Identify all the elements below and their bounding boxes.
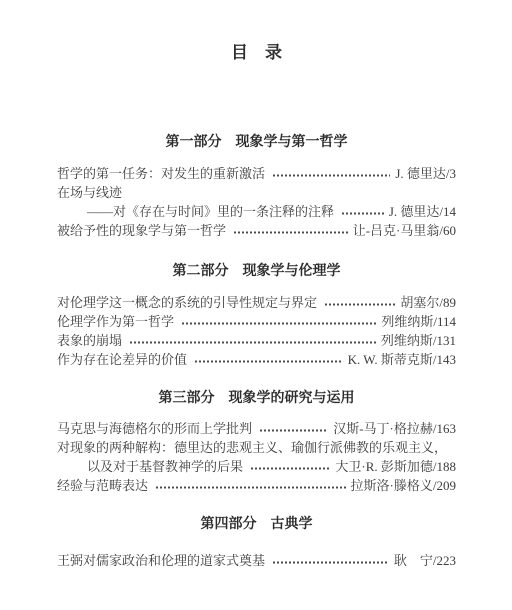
toc-entry: 对伦理学这一概念的系统的引导性规定与界定 胡塞尔/89 [57,293,456,312]
entry-subtitle: ——对《存在与时间》里的一条注释的注释 [87,202,334,221]
entry-author-page: 耿 宁/223 [394,551,456,570]
dot-leader [181,317,376,330]
entry-title: 对伦理学这一概念的系统的引导性规定与界定 [57,293,317,312]
entry-author-page: 大卫·R. 彭斯加德/188 [335,457,456,476]
entry-title: 经验与范畴表达 [57,476,148,495]
toc-entry: 对现象的两种解构：德里达的悲观主义、瑜伽行派佛教的乐观主义， [57,438,456,457]
part-4-heading: 第四部分 古典学 [57,513,456,533]
dot-leader [194,355,343,368]
entry-author-page: 让-吕克·马里翁/60 [353,221,456,240]
page-title: 目 录 [57,38,456,63]
dot-leader [272,556,389,569]
entry-title: 被给予性的现象学与第一哲学 [57,221,226,240]
toc-entry: ——对《存在与时间》里的一条注释的注释 J. 德里达/14 [57,202,456,221]
part-3-heading: 第三部分 现象学的研究与运用 [57,387,456,407]
entry-title: 对现象的两种解构：德里达的悲观主义、瑜伽行派佛教的乐观主义， [57,438,447,457]
toc-part-1: 第一部分 现象学与第一哲学 哲学的第一任务：对发生的重新激活 J. 德里达/3 … [57,131,456,240]
entry-title: 马克思与海德格尔的形而上学批判 [57,419,252,438]
dot-leader [259,424,328,437]
entry-author-page: 拉斯洛·滕格义/209 [351,476,456,495]
entry-title: 表象的崩塌 [57,331,122,350]
toc-part-4: 第四部分 古典学 王弼对儒家政治和伦理的道家式奠基 耿 宁/223 [57,513,456,570]
entry-author-page: J. 德里达/3 [395,164,456,183]
toc-entry: 经验与范畴表达 拉斯洛·滕格义/209 [57,476,456,495]
entry-author-page: 胡塞尔/89 [400,293,456,312]
entry-author-page: 列维纳斯/114 [381,312,456,331]
entry-title: 王弼对儒家政治和伦理的道家式奠基 [57,551,265,570]
toc-page: 目 录 第一部分 现象学与第一哲学 哲学的第一任务：对发生的重新激活 J. 德里… [0,0,512,610]
entry-title: 在场与线迹 [57,183,122,202]
dot-leader [341,207,384,220]
toc-entry: 王弼对儒家政治和伦理的道家式奠基 耿 宁/223 [57,551,456,570]
entry-title: 伦理学作为第一哲学 [57,312,174,331]
part-1-heading: 第一部分 现象学与第一哲学 [57,131,456,151]
toc-entry: 作为存在论差异的价值 K. W. 斯蒂克斯/143 [57,350,456,369]
toc-entry: 以及对于基督教神学的后果 大卫·R. 彭斯加德/188 [57,457,456,476]
entry-title: 作为存在论差异的价值 [57,350,187,369]
dot-leader [272,169,390,182]
dot-leader [155,481,346,494]
toc-part-3: 第三部分 现象学的研究与运用 马克思与海德格尔的形而上学批判 汉斯-马丁·格拉赫… [57,387,456,495]
dot-leader [233,226,348,239]
dot-leader [324,298,395,311]
entry-author-page: 汉斯-马丁·格拉赫/163 [333,419,456,438]
toc-entry: 伦理学作为第一哲学 列维纳斯/114 [57,312,456,331]
dot-leader [250,462,330,475]
toc-entry: 哲学的第一任务：对发生的重新激活 J. 德里达/3 [57,164,456,183]
entry-author-page: K. W. 斯蒂克斯/143 [348,350,456,369]
toc-entry: 被给予性的现象学与第一哲学 让-吕克·马里翁/60 [57,221,456,240]
dot-leader [129,336,376,349]
toc-entry: 表象的崩塌 列维纳斯/131 [57,331,456,350]
toc-entry: 马克思与海德格尔的形而上学批判 汉斯-马丁·格拉赫/163 [57,419,456,438]
toc-part-2: 第二部分 现象学与伦理学 对伦理学这一概念的系统的引导性规定与界定 胡塞尔/89… [57,260,456,369]
part-2-heading: 第二部分 现象学与伦理学 [57,260,456,280]
entry-author-page: 列维纳斯/131 [381,331,456,350]
entry-author-page: J. 德里达/14 [389,202,456,221]
entry-subtitle: 以及对于基督教神学的后果 [87,457,243,476]
entry-title: 哲学的第一任务：对发生的重新激活 [57,164,265,183]
toc-entry: 在场与线迹 [57,183,456,202]
